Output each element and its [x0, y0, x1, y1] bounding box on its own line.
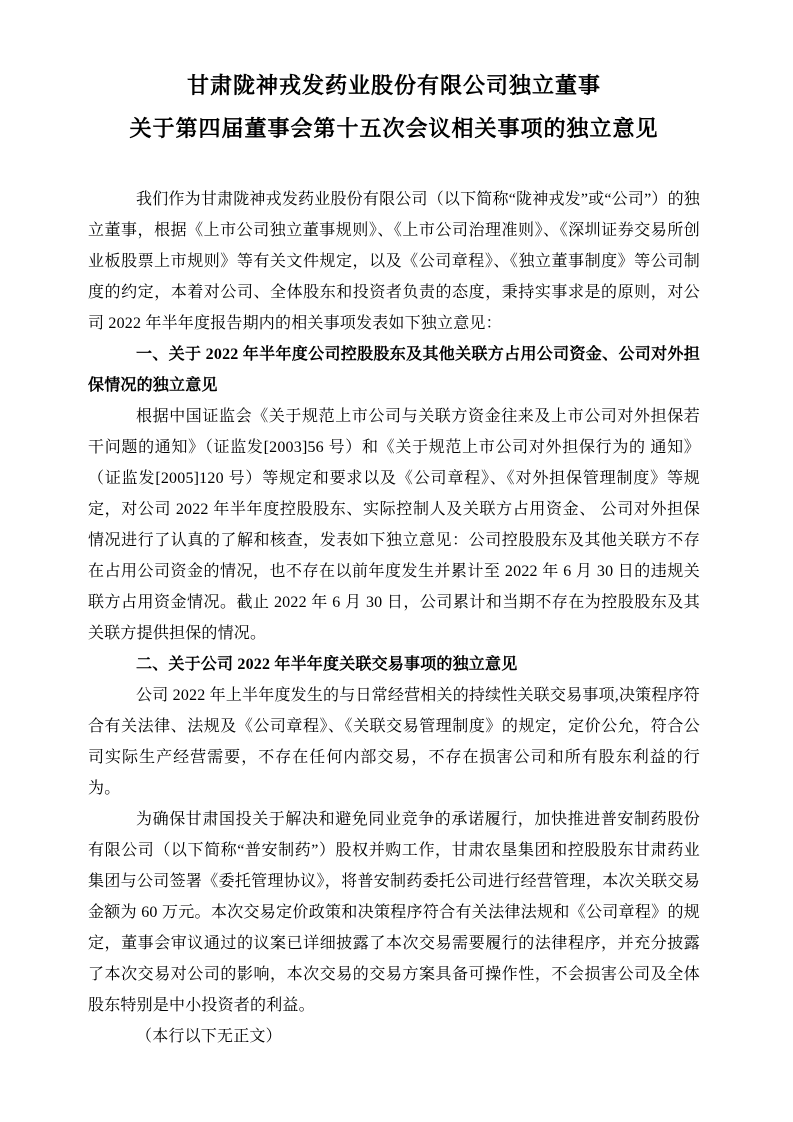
document-title: 甘肃陇神戎发药业股份有限公司独立董事 关于第四届董事会第十五次会议相关事项的独立…: [88, 64, 700, 150]
document-title-line-2: 关于第四届董事会第十五次会议相关事项的独立意见: [88, 107, 700, 150]
document-title-line-1: 甘肃陇神戎发药业股份有限公司独立董事: [88, 64, 700, 107]
section-2-paragraph-2: 为确保甘肃国投关于解决和避免同业竞争的承诺履行，加快推进普安制药股份有限公司（以…: [88, 804, 700, 1021]
section-1-paragraph: 根据中国证监会《关于规范上市公司与关联方资金往来及上市公司对外担保若干问题的通知…: [88, 401, 700, 649]
document-body: 我们作为甘肃陇神戎发药业股份有限公司（以下简称“陇神戎发”或“公司”）的独立董事…: [88, 184, 700, 1052]
intro-paragraph: 我们作为甘肃陇神戎发药业股份有限公司（以下简称“陇神戎发”或“公司”）的独立董事…: [88, 184, 700, 339]
section-2-heading: 二、关于公司 2022 年半年度关联交易事项的独立意见: [88, 649, 700, 680]
closing-note: （本行以下无正文）: [88, 1021, 700, 1052]
section-2-paragraph-1: 公司 2022 年上半年度发生的与日常经营相关的持续性关联交易事项,决策程序符合…: [88, 680, 700, 804]
section-1-heading: 一、关于 2022 年半年度公司控股股东及其他关联方占用公司资金、公司对外担保情…: [88, 339, 700, 401]
document-page: 甘肃陇神戎发药业股份有限公司独立董事 关于第四届董事会第十五次会议相关事项的独立…: [0, 0, 793, 1122]
